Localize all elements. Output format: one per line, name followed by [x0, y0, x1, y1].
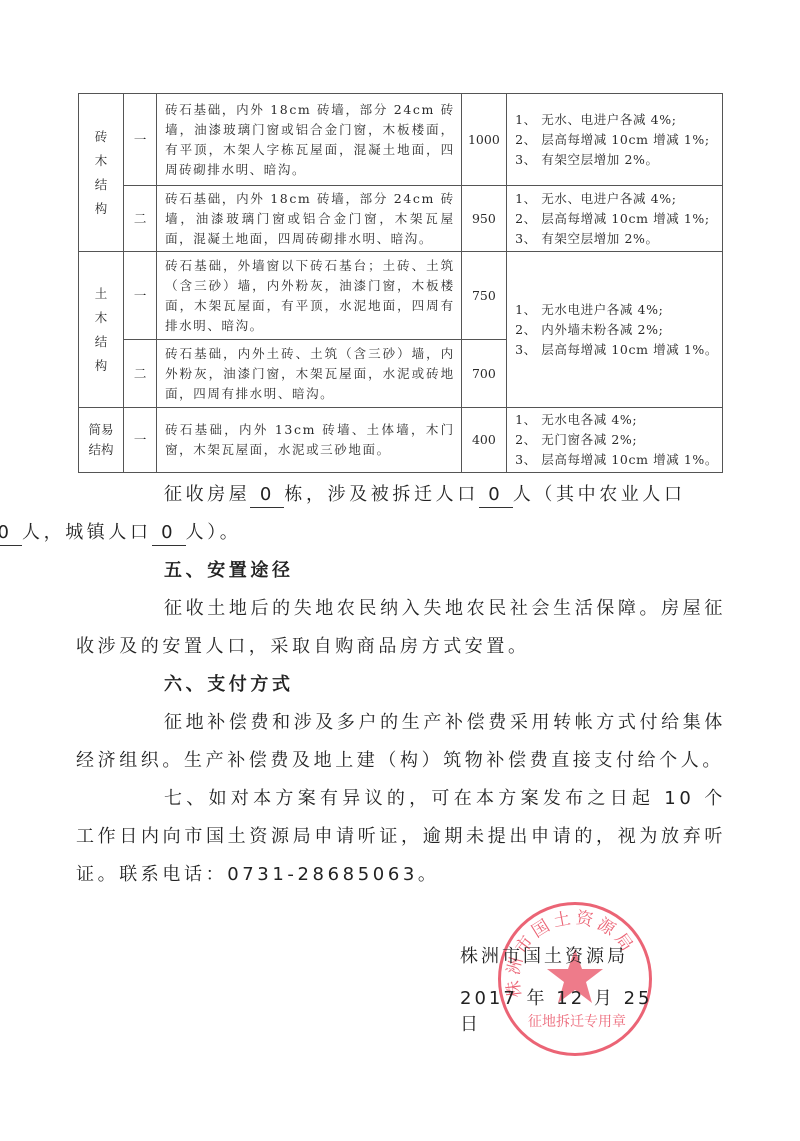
- adjustment-cell: 1、 无水电进户各减 4%; 2、 内外墙未粉各减 2%; 3、 层高每增减 1…: [507, 252, 723, 408]
- section-5-heading: 五、安置途径: [76, 552, 726, 590]
- adjustment-cell: 1、 无水电各减 4%; 2、 无门窗各减 2%; 3、 层高每增减 10cm …: [507, 408, 723, 473]
- table-row: 简易结构 一 砖石基础，内外 13cm 砖墙、土体墙，木门窗，木架瓦屋面，水泥或…: [79, 408, 723, 473]
- adjustment-item: 2、 内外墙未粉各减 2%;: [515, 320, 718, 340]
- adjustment-item: 2、 层高每增减 10cm 增减 1%;: [515, 130, 718, 150]
- description-cell: 砖石基础，内外 13cm 砖墙、土体墙，木门窗，木架瓦屋面，水泥或三砂地面。: [157, 408, 462, 473]
- text-span: 人，城镇人口: [22, 522, 152, 543]
- adjustment-item: 1、 无水电各减 4%;: [515, 410, 718, 430]
- category-cell: 简易结构: [79, 408, 124, 473]
- agricultural-count: 0: [0, 521, 22, 546]
- category-label: 砖木结构: [94, 125, 108, 221]
- section-5-text: 征收土地后的失地农民纳入失地农民社会生活保障。房屋征收涉及的安置人口，采取自购商…: [76, 590, 726, 666]
- adjustment-cell: 1、 无水、电进户各减 4%; 2、 层高每增减 10cm 增减 1%; 3、 …: [507, 186, 723, 252]
- signature-org: 株洲市国土资源局: [460, 942, 660, 968]
- adjustment-item: 1、 无水、电进户各减 4%;: [515, 110, 718, 130]
- adjustment-item: 3、 有架空层增加 2%。: [515, 229, 718, 249]
- description-cell: 砖石基础，内外 18cm 砖墙，部分 24cm 砖墙，油漆玻璃门窗或铝合金门窗，…: [157, 94, 462, 186]
- grade-cell: 一: [124, 252, 157, 340]
- section-6-text: 征地补偿费和涉及多户的生产补偿费采用转帐方式付给集体经济组织。生产补偿费及地上建…: [76, 704, 726, 780]
- text-span: 人（其中农业人口: [513, 484, 686, 505]
- description-cell: 砖石基础，内外土砖、土筑（含三砂）墙，内外粉灰，油漆门窗，木架瓦屋面，水泥或砖地…: [157, 340, 462, 408]
- adjustment-item: 1、 无水、电进户各减 4%;: [515, 189, 718, 209]
- adjustment-item: 2、 无门窗各减 2%;: [515, 430, 718, 450]
- document-page: 砖木结构 一 砖石基础，内外 18cm 砖墙，部分 24cm 砖墙，油漆玻璃门窗…: [0, 0, 800, 1141]
- adjustment-item: 3、 层高每增减 10cm 增减 1%。: [515, 450, 718, 470]
- price-cell: 400: [461, 408, 506, 473]
- building-compensation-table: 砖木结构 一 砖石基础，内外 18cm 砖墙，部分 24cm 砖墙，油漆玻璃门窗…: [78, 93, 723, 473]
- grade-cell: 二: [124, 186, 157, 252]
- category-label: 简易结构: [87, 420, 115, 460]
- section-7-text: 七、如对本方案有异议的，可在本方案发布之日起 10 个工作日内向市国土资源局申请…: [76, 780, 726, 894]
- grade-cell: 二: [124, 340, 157, 408]
- adjustment-item: 3、 层高每增减 10cm 增减 1%。: [515, 340, 718, 360]
- text-span: 征收房屋: [164, 484, 250, 505]
- text-span: 人）。: [186, 522, 242, 543]
- price-cell: 750: [461, 252, 506, 340]
- price-cell: 1000: [461, 94, 506, 186]
- table-row: 二 砖石基础，内外 18cm 砖墙，部分 24cm 砖墙，油漆玻璃门窗或铝合金门…: [79, 186, 723, 252]
- signature-date: 2017 年 12 月 25 日: [460, 984, 660, 1036]
- category-label: 土木结构: [94, 282, 108, 378]
- adjustment-cell: 1、 无水、电进户各减 4%; 2、 层高每增减 10cm 增减 1%; 3、 …: [507, 94, 723, 186]
- text-span: 栋，涉及被拆迁人口: [284, 484, 478, 505]
- grade-cell: 一: [124, 94, 157, 186]
- population-count: 0: [479, 483, 513, 508]
- document-body: 征收房屋0栋，涉及被拆迁人口0人（其中农业人口0人，城镇人口0人）。 五、安置途…: [76, 476, 726, 894]
- section-6-heading: 六、支付方式: [76, 666, 726, 704]
- price-cell: 950: [461, 186, 506, 252]
- table-row: 土木结构 一 砖石基础，外墙窗以下砖石基台；土砖、土筑（含三砂）墙，内外粉灰，油…: [79, 252, 723, 340]
- housing-paragraph: 征收房屋0栋，涉及被拆迁人口0人（其中农业人口0人，城镇人口0人）。: [76, 476, 726, 552]
- grade-cell: 一: [124, 408, 157, 473]
- description-cell: 砖石基础，内外 18cm 砖墙，部分 24cm 砖墙，油漆玻璃门窗或铝合金门窗，…: [157, 186, 462, 252]
- category-cell: 土木结构: [79, 252, 124, 408]
- description-cell: 砖石基础，外墙窗以下砖石基台；土砖、土筑（含三砂）墙，内外粉灰，油漆门窗，木板楼…: [157, 252, 462, 340]
- adjustment-item: 1、 无水电进户各减 4%;: [515, 300, 718, 320]
- price-cell: 700: [461, 340, 506, 408]
- urban-count: 0: [152, 521, 186, 546]
- buildings-count: 0: [250, 483, 284, 508]
- table-row: 砖木结构 一 砖石基础，内外 18cm 砖墙，部分 24cm 砖墙，油漆玻璃门窗…: [79, 94, 723, 186]
- adjustment-item: 2、 层高每增减 10cm 增减 1%;: [515, 209, 718, 229]
- category-cell: 砖木结构: [79, 94, 124, 252]
- adjustment-item: 3、 有架空层增加 2%。: [515, 150, 718, 170]
